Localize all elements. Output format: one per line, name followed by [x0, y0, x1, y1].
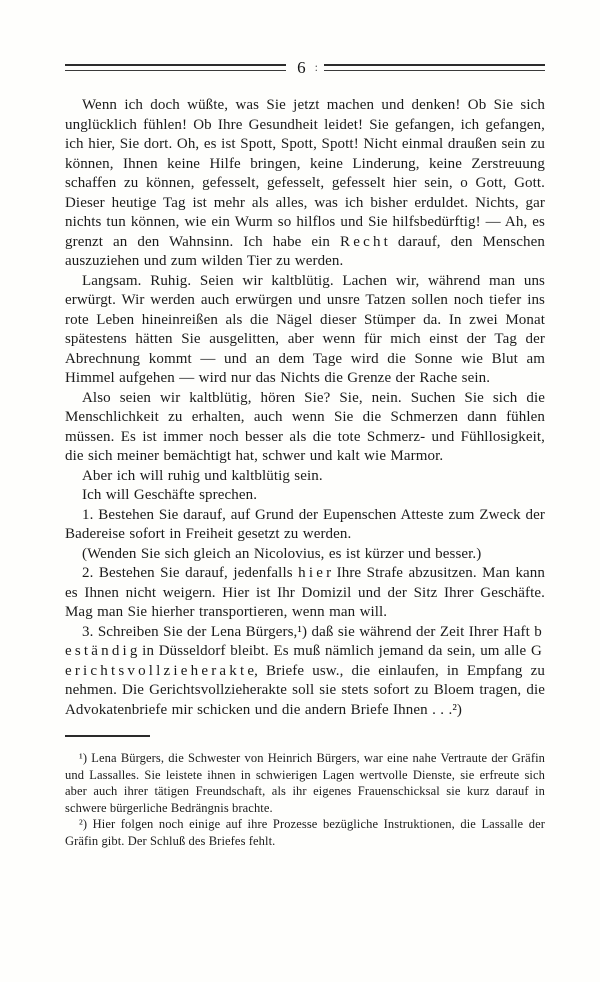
- paragraph-5: Ich will Geschäfte sprechen.: [65, 486, 545, 506]
- header-rule-artifact: :: [315, 61, 324, 73]
- footnote-1: ¹) Lena Bürgers, die Schwester von Heinr…: [65, 750, 545, 816]
- paragraph-4: Aber ich will ruhig und kaltblütig sein.: [65, 467, 545, 487]
- paragraph-2: Langsam. Ruhig. Seien wir kaltblütig. La…: [65, 272, 545, 389]
- paragraph-parenthetical: (Wenden Sie sich gleich an Nicolovius, e…: [65, 545, 545, 565]
- footnotes: ¹) Lena Bürgers, die Schwester von Heinr…: [65, 750, 545, 849]
- page-header: 6 :: [65, 56, 545, 78]
- paragraph-list-item-2: 2. Bestehen Sie darauf, jedenfalls h i e…: [65, 564, 545, 623]
- footnote-2: ²) Hier folgen noch einige auf ihre Proz…: [65, 816, 545, 849]
- paragraph-1: Wenn ich doch wüßte, was Sie jetzt mache…: [65, 96, 545, 272]
- header-rule-left: [65, 64, 286, 71]
- paragraph-list-item-1: 1. Bestehen Sie darauf, auf Grund der Eu…: [65, 506, 545, 545]
- book-page: 6 : Wenn ich doch wüßte, was Sie jetzt m…: [0, 0, 600, 982]
- header-rule-right: [324, 64, 545, 71]
- paragraph-list-item-3: 3. Schreiben Sie der Lena Bürgers,¹) daß…: [65, 623, 545, 721]
- paragraph-3: Also seien wir kaltblütig, hören Sie? Si…: [65, 389, 545, 467]
- body-text: Wenn ich doch wüßte, was Sie jetzt mache…: [65, 96, 545, 720]
- page-number: 6: [286, 59, 315, 76]
- footnote-separator: [65, 735, 150, 737]
